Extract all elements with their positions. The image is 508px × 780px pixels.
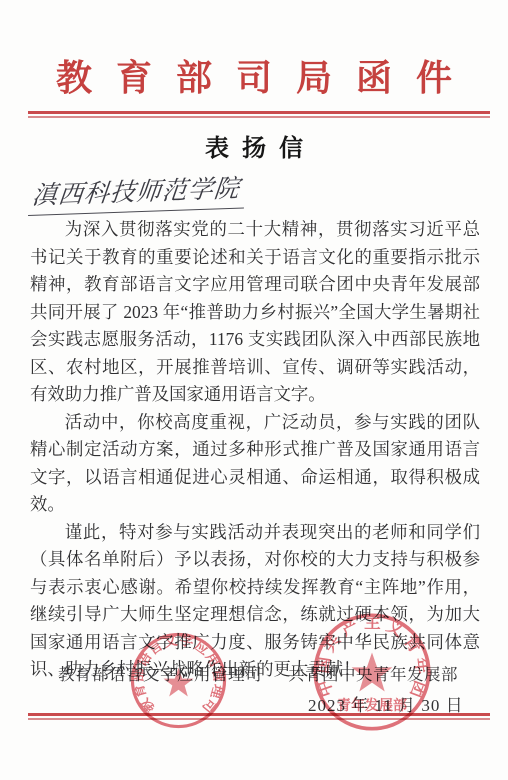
header-rule: [28, 111, 490, 118]
official-seal-right: 中国共产主义青年团 青年发展部: [311, 611, 433, 733]
seal-bottom-text: 青年发展部: [337, 697, 407, 714]
star-icon: [163, 668, 193, 697]
body-paragraph-1: 为深入贯彻落实党的二十大精神，贯彻落实习近平总书记关于教育的重要论述和关于语言文…: [30, 216, 480, 409]
letterhead-title: 教育部司局函件: [0, 50, 508, 101]
header-rule-thin: [28, 116, 490, 118]
letter-page: 教育部司局函件 表扬信 滇西科技师范学院 为深入贯彻落实党的二十大精神，贯彻落实…: [0, 0, 508, 780]
official-seal-left: 教育部语言文字应用管理司: [129, 631, 228, 730]
letter-title: 表扬信: [0, 128, 508, 163]
star-icon: [352, 652, 393, 691]
body-paragraph-2: 活动中，你校高度重视，广泛动员，参与实践的团队精心制定活动方案，通过多种形式推广…: [30, 409, 480, 519]
addressee-handwriting: 滇西科技师范学院: [28, 168, 248, 216]
